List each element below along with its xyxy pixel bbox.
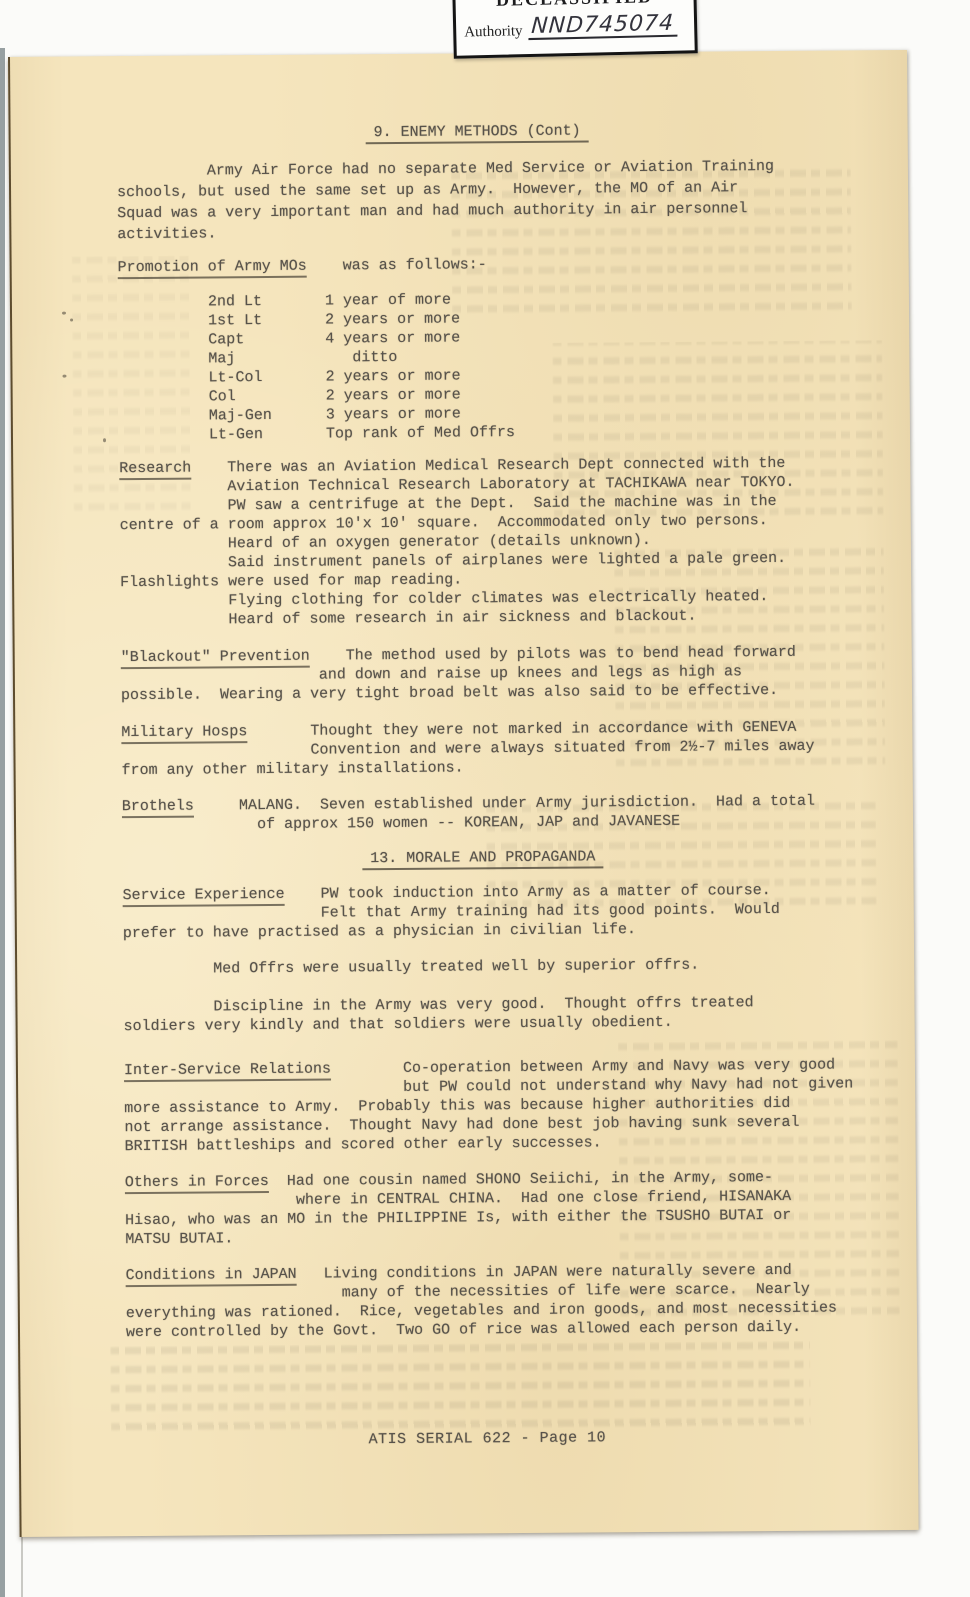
line-text: Felt that Army training had its good poi… [321,901,780,922]
section-p1: Army Air Force had no separate Med Servi… [117,155,839,245]
section-promo: Promotion of Army MOs was as follows:- [118,252,839,277]
section-label: Research [119,460,191,481]
line-text: schools, but used the same set up as Arm… [117,179,738,201]
line-text: of approx 150 women -- KOREAN, JAP and J… [257,813,680,833]
rank-cell: Maj [208,349,325,369]
rank-cell: 1st Lt [208,311,325,331]
section-label: Service Experience [123,886,285,907]
line-text: Army Air Force had no separate Med Servi… [207,158,774,179]
section-heading: 13. MORALE AND PROPAGANDA [362,848,603,870]
section-label: Brothels [122,798,194,819]
section-ranks: 2nd Lt1 year of more1st Lt2 years or mor… [118,287,840,445]
rank-cell: Lt-Col [208,368,325,388]
line-text: MALANG. Seven established under Army jur… [194,793,815,815]
line-text: but PW could not understand why Navy had… [403,1075,853,1096]
page-footer-text: ATIS SERIAL 622 - Page 10 [369,1429,607,1448]
line-text: soldiers very kindly and that soldiers w… [124,1014,673,1035]
line-text: MATSU BUTAI. [125,1230,233,1248]
line-text: Heard of some research in air sickness a… [228,608,696,629]
line-text: activities. [117,225,216,243]
declassified-stamp: DECLASSIFIED Authority NND745074 [452,0,698,59]
section-heading: 9. ENEMY METHODS (Cont) [366,122,589,144]
section-blackout: "Blackout" Prevention The method used by… [121,642,842,705]
line-text: Convention and were always situated from… [310,738,814,759]
section-brothels: Brothels MALANG. Seven established under… [122,791,843,835]
line-text: and down and raise up knees and legs as … [319,663,742,683]
service-length-cell: ditto [325,349,397,367]
section-h13: 13. MORALE AND PROPAGANDA [122,846,843,869]
line-text: Said instrument panels of airplanes were… [228,550,786,571]
line-text: were controlled by the Govt. Two GO of r… [126,1319,801,1341]
service-length-cell: 1 year of more [325,292,451,310]
rank-cell: 2nd Lt [208,292,325,312]
section-japan: Conditions in JAPAN Living conditions in… [125,1260,847,1342]
section-label: Military Hosps [121,723,247,744]
section-label: "Blackout" Prevention [121,648,310,669]
line-text: BRITISH battleships and scored other ear… [124,1134,601,1155]
line-text: was as follows:- [307,256,487,274]
section-label: Others in Forces [125,1173,269,1194]
section-discipline: Discipline in the Army was very good. Th… [123,992,844,1036]
line-text: possible. Wearing a very tight broad bel… [121,682,778,704]
typewritten-content: 9. ENEMY METHODS (Cont)Army Air Force ha… [10,50,918,1451]
rank-cell: Lt-Gen [209,425,326,445]
section-others: Others in Forces Had one cousin named SH… [125,1167,847,1249]
section-interservice: Inter-Service Relations Co-operation bet… [124,1055,846,1156]
section-label: Conditions in JAPAN [126,1266,297,1287]
section-h9: 9. ENEMY METHODS (Cont) [117,120,838,143]
section-medoffrs: Med Offrs were usually treated well by s… [123,954,844,979]
rank-cell: Capt [208,330,325,350]
line-text: Med Offrs were usually treated well by s… [213,957,699,978]
section-hosps: Military Hosps Thought they were not mar… [121,717,842,780]
line-text: Flashlights were used for map reading. [120,571,462,591]
scanner-artifact-line [21,1528,23,1597]
line-text: from any other military installations. [122,759,464,779]
document-page: 9. ENEMY METHODS (Cont)Army Air Force ha… [8,50,919,1537]
section-service: Service Experience PW took induction int… [123,880,844,943]
section-label: Inter-Service Relations [124,1060,331,1082]
service-length-cell: 2 years or more [325,367,460,385]
service-length-cell: 3 years or more [326,405,461,423]
line-text: Squad was a very important man and had m… [117,200,747,222]
service-length-cell: 2 years or more [325,310,460,328]
service-length-cell: 4 years or more [325,329,460,347]
authority-number: NND745074 [529,13,679,40]
authority-label: Authority [464,23,523,41]
service-length-cell: Top rank of Med Offrs [326,424,515,442]
text-line: Med Offrs were usually treated well by s… [123,954,844,979]
service-length-cell: 2 years or more [326,386,461,404]
section-footer: ATIS SERIAL 622 - Page 10 [127,1427,848,1450]
line-text: Heard of an oxygen generator (details un… [228,532,651,552]
rank-cell: Col [209,387,326,407]
section-research: Research There was an Aviation Medical R… [119,453,841,630]
line-text: prefer to have practised as a physician … [123,921,636,942]
text-line: Promotion of Army MOs was as follows:- [118,252,839,277]
section-label: Promotion of Army MOs [118,258,307,279]
scanner-edge-strip [0,48,5,1597]
rank-cell: Maj-Gen [209,406,326,426]
